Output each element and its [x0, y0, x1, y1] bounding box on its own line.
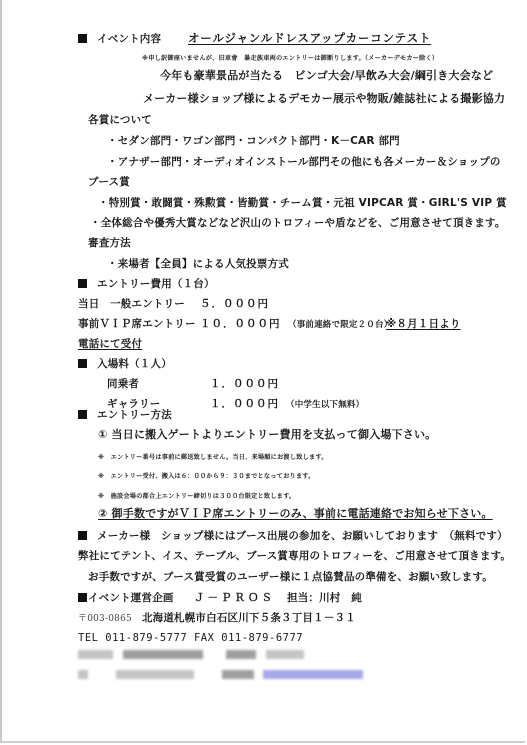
square-bullet-icon: [78, 410, 87, 419]
entry-note: ※ エントリー番号は事前に郵送致しません。当日、来場順にお渡し致します。: [98, 451, 328, 465]
event-highlight-2: メーカー様ショップ様によるデモカー展示や物販/雑誌社による撮影協力: [143, 92, 505, 106]
square-bullet-icon: [78, 359, 87, 368]
admission-row-price: １．０００円: [210, 397, 279, 411]
event-heading: イベント内容: [78, 32, 161, 46]
admission-row-label: 同乗者: [107, 377, 139, 391]
organizer-phone: TEL 011-879-5777 FAX 011-879-6777: [78, 631, 303, 645]
entry-step-1: ① 当日に搬入ゲートよりエントリー費用を支払って御入場下さい。: [98, 428, 436, 442]
judging-heading: 審査方法: [88, 236, 131, 250]
entry-fee-row-note: （事前連絡で限定２０台）: [288, 318, 392, 332]
admission-row-note: （中学生以下無料）: [286, 398, 364, 412]
admission-row-price: １．０００円: [210, 377, 279, 391]
event-notice: ※申し訳御座いませんが、旧車會 暴走族車両のエントリーは御断りします。（メーカー…: [142, 52, 438, 66]
organizer-company: Ｊ－ＰＲＯＳ: [194, 591, 275, 605]
entry-method-heading-label: エントリー方法: [97, 409, 172, 421]
redacted-email-link: [263, 670, 363, 679]
reservation-note: ※８月１日より: [386, 317, 461, 331]
awards-line-2: ・アナザー部門・オーディオインストール部門その他にも各メーカー＆ショップの: [107, 155, 501, 169]
judging-method: ・来場者【全員】による人気投票方式: [107, 257, 289, 271]
square-bullet-icon: [78, 34, 87, 43]
organizer-heading: イベント運営企画: [78, 591, 174, 605]
booth-heading: メーカー様 ショップ様にはブース出展の参加を、お願いしております （無料です）: [78, 529, 508, 543]
booth-line-2: お手数ですが、ブース賞受賞のユーザー様に１点協賛品の準備を、お願い致します。: [88, 570, 493, 584]
awards-line-1: ・セダン部門・ワゴン部門・コンパクト部門・K－CAR 部門: [107, 134, 400, 148]
event-title: オールジャンルドレスアップカーコンテスト: [188, 31, 431, 45]
entry-note: ※ エントリー受付、搬入は６：００から９：３０までとなっております。: [98, 470, 315, 484]
postal-code: 〒003-0865: [78, 614, 132, 624]
admission-heading-label: 入場料（１人）: [97, 358, 172, 370]
square-bullet-icon: [78, 531, 87, 540]
booth-award-heading: ブース賞: [88, 175, 130, 189]
entry-step-2: ② 御手数ですがＶＩＰ席エントリーのみ、事前に電話連絡でお知らせ下さい。: [98, 507, 493, 521]
entry-fee-row-label: 事前ＶＩＰ席エントリー: [78, 317, 196, 331]
organizer-address-line: 〒003-0865北海道札幌市白石区川下５条３丁目１－３１: [78, 611, 356, 626]
booth-award-line: ・特別賞・敢闘賞・殊勲賞・皆勤賞・チーム賞・元祖 VIPCAR 賞・GIRL'S…: [98, 196, 507, 210]
entry-fee-heading-label: エントリー費用（１台）: [97, 278, 215, 290]
entry-fee-row-price: １０．０００円: [200, 317, 281, 331]
reservation-note-cont: 電話にて受付: [78, 337, 142, 351]
booth-line-1: 弊社にてテント、イス、テーブル、ブース賞専用のトロフィーを、ご用意させて頂きます…: [78, 549, 511, 563]
trophy-line: ・全体総合や優秀大賞などなど沢山のトロフィーや盾などを、ご用意させて頂きます。: [90, 216, 506, 230]
entry-fee-row-label: 当日 一般エントリー: [78, 297, 185, 311]
admission-heading: 入場料（１人）: [78, 357, 172, 371]
event-heading-label: イベント内容: [97, 33, 161, 45]
square-bullet-icon: [78, 593, 87, 602]
organizer-heading-label: イベント運営企画: [88, 592, 174, 604]
document-page: イベント内容 オールジャンルドレスアップカーコンテスト ※申し訳御座いませんが、…: [0, 0, 525, 743]
entry-fee-heading: エントリー費用（１台）: [78, 277, 215, 291]
entry-fee-row-price: ５．０００円: [200, 297, 269, 311]
entry-method-heading: エントリー方法: [78, 408, 172, 422]
organizer-address: 北海道札幌市白石区川下５条３丁目１－３１: [142, 612, 356, 624]
entry-note: ※ 施設会場の都合上エントリー締切りは３００台限定と致します。: [98, 490, 295, 504]
organizer-contact: 担当：川村 純: [287, 591, 362, 605]
awards-heading: 各賞について: [88, 113, 152, 127]
booth-heading-label: メーカー様 ショップ様にはブース出展の参加を、お願いしております （無料です）: [97, 530, 508, 542]
square-bullet-icon: [78, 279, 87, 288]
event-highlight-1: 今年も豪華景品が当たる ビンゴ大会/早飲み大会/綱引き大会など: [160, 69, 493, 83]
